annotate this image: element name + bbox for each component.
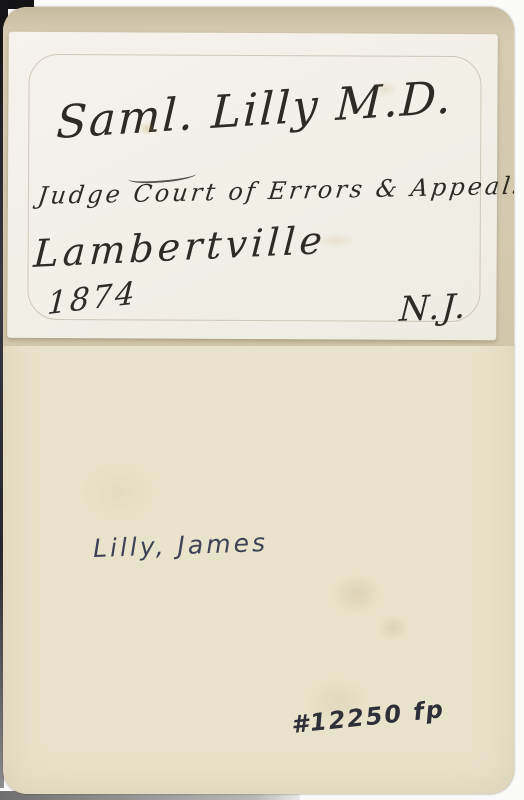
card-stain bbox=[371, 609, 415, 647]
annotation-name: Lilly, James bbox=[93, 528, 269, 563]
catalog-number: #12250 fp bbox=[290, 695, 446, 739]
autograph-label: Saml. Lilly M.D. Judge Court of Errors &… bbox=[7, 32, 498, 341]
scanned-card-back: Saml. Lilly M.D. Judge Court of Errors &… bbox=[0, 0, 524, 800]
card-stain bbox=[63, 447, 173, 537]
card-stain bbox=[321, 565, 393, 623]
signature-state: N.J. bbox=[398, 286, 468, 329]
photo-card: Saml. Lilly M.D. Judge Court of Errors &… bbox=[3, 7, 514, 794]
